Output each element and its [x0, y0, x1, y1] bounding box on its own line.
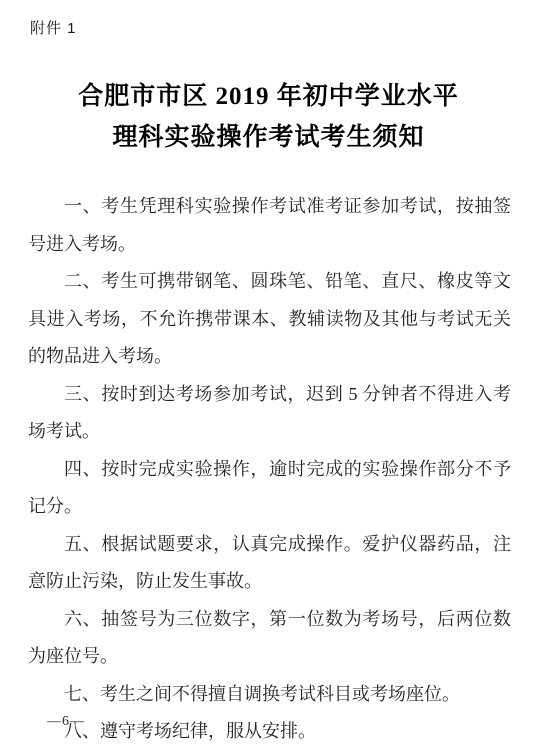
notice-paragraph: 七、考生之间不得擅自调换考试科目或考场座位。 — [28, 676, 511, 714]
notice-body: 一、考生凭理科实验操作考试准考证参加考试，按抽签号进入考场。 二、考生可携带钢笔… — [28, 188, 511, 751]
page-number: —6— — [47, 714, 85, 730]
notice-paragraph: 一、考生凭理科实验操作考试准考证参加考试，按抽签号进入考场。 — [28, 188, 511, 263]
notice-paragraph: 六、抽签号为三位数字，第一位数为考场号，后两位数为座位号。 — [28, 601, 511, 676]
notice-paragraph: 五、根据试题要求，认真完成操作。爱护仪器药品，注意防止污染，防止发生事故。 — [28, 526, 511, 601]
notice-paragraph: 八、遵守考场纪律，服从安排。 — [28, 713, 511, 751]
notice-paragraph: 二、考生可携带钢笔、圆珠笔、铅笔、直尺、橡皮等文具进入考场，不允许携带课本、教辅… — [28, 263, 511, 376]
document-title-line2: 理科实验操作考试考生须知 — [0, 117, 537, 158]
notice-paragraph: 四、按时完成实验操作，逾时完成的实验操作部分不予记分。 — [28, 451, 511, 526]
notice-paragraph: 三、按时到达考场参加考试，迟到 5 分钟者不得进入考场考试。 — [28, 376, 511, 451]
document-title: 合肥市市区 2019 年初中学业水平 理科实验操作考试考生须知 — [0, 76, 537, 158]
document-page: 附件 1 合肥市市区 2019 年初中学业水平 理科实验操作考试考生须知 一、考… — [0, 0, 537, 756]
document-title-line1: 合肥市市区 2019 年初中学业水平 — [0, 76, 537, 117]
attachment-label: 附件 1 — [30, 17, 77, 38]
